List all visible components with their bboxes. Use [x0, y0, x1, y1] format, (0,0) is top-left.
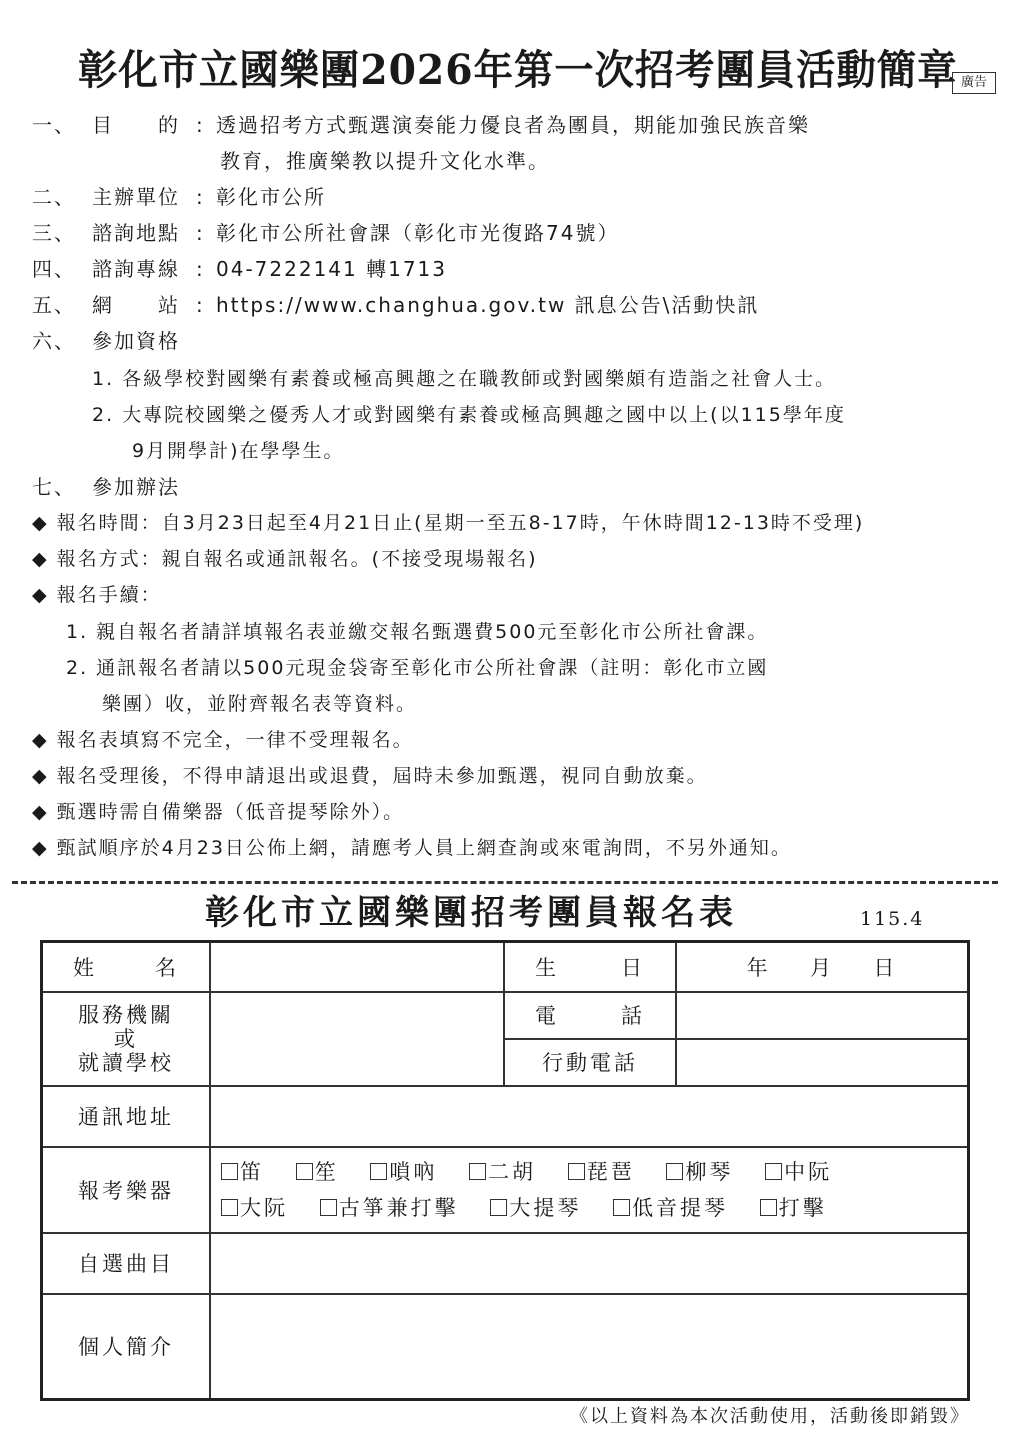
checkbox-icon — [613, 1199, 630, 1216]
page-title: 彰化市立國樂團2026年第一次招考團員活動簡章 — [78, 40, 923, 100]
ad-badge: 廣告 — [952, 72, 996, 94]
method-item: ◆ 報名受理後，不得申請退出或退費，屆時未參加甄選，視同自動放棄。 — [32, 761, 708, 791]
instrument-option[interactable]: 大阮 — [221, 1190, 288, 1226]
checkbox-icon — [221, 1163, 238, 1180]
mobile-field[interactable] — [676, 1039, 969, 1086]
checkbox-icon — [469, 1163, 486, 1180]
diamond-icon: ◆ — [32, 801, 57, 823]
checkbox-icon — [370, 1163, 387, 1180]
organization-label: 服務機關 或 就讀學校 — [42, 992, 211, 1086]
method-item: ◆ 報名時間：自3月23日起至4月21日止(星期一至五8-17時，午休時間12-… — [32, 508, 864, 538]
diamond-icon: ◆ — [32, 548, 57, 570]
checkbox-icon — [221, 1199, 238, 1216]
procedure-item: 1. 親自報名者請詳填報名表並繳交報名甄選費500元至彰化市公所社會課。 — [66, 617, 768, 647]
checkbox-icon — [666, 1163, 683, 1180]
birthday-label: 生日 — [504, 942, 676, 992]
checkbox-icon — [568, 1163, 585, 1180]
diamond-icon: ◆ — [32, 765, 57, 787]
website-link[interactable]: https://www.changhua.gov.tw 訊息公告\活動快訊 — [216, 290, 759, 320]
footer-note: 《以上資料為本次活動使用，活動後即銷毀》 — [520, 1402, 970, 1428]
bio-field[interactable] — [210, 1294, 969, 1400]
checkbox-icon — [490, 1199, 507, 1216]
piece-label: 自選曲目 — [42, 1233, 211, 1294]
birthday-field[interactable]: 年月日 — [676, 942, 969, 992]
instrument-option[interactable]: 中阮 — [765, 1154, 832, 1190]
name-field[interactable] — [210, 942, 504, 992]
instrument-option[interactable]: 大提琴 — [490, 1190, 581, 1226]
method-item: ◆ 甄選時需自備樂器（低音提琴除外）。 — [32, 797, 404, 827]
checkbox-icon — [765, 1163, 782, 1180]
instrument-option[interactable]: 嗩吶 — [370, 1154, 437, 1190]
checkbox-icon — [296, 1163, 313, 1180]
address-field[interactable] — [210, 1086, 969, 1147]
checkbox-icon — [320, 1199, 337, 1216]
instrument-option[interactable]: 低音提琴 — [613, 1190, 728, 1226]
checkbox-icon — [760, 1199, 777, 1216]
diamond-icon: ◆ — [32, 512, 57, 534]
instrument-option[interactable]: 打擊 — [760, 1190, 827, 1226]
phone-field[interactable] — [676, 992, 969, 1039]
instrument-option[interactable]: 古箏兼打擊 — [320, 1190, 459, 1226]
instrument-option[interactable]: 笙 — [296, 1154, 339, 1190]
instrument-option[interactable]: 二胡 — [469, 1154, 536, 1190]
registration-form: 姓名 生日 年月日 服務機關 或 就讀學校 電話 行動電話 通訊地址 報考樂器 — [40, 940, 970, 1401]
diamond-icon: ◆ — [32, 837, 57, 859]
form-version: 115.4 — [860, 908, 924, 930]
diamond-icon: ◆ — [32, 584, 57, 606]
address-label: 通訊地址 — [42, 1086, 211, 1147]
phone-label: 電話 — [504, 992, 676, 1039]
instrument-label: 報考樂器 — [42, 1147, 211, 1233]
cut-line-divider — [12, 881, 998, 884]
section-purpose-cont: 教育，推廣樂教以提升文化水準。 — [220, 146, 550, 176]
procedure-item: 2. 通訊報名者請以500元現金袋寄至彰化市公所社會課（註明：彰化市立國 — [66, 653, 768, 683]
method-item: ◆ 甄試順序於4月23日公佈上網，請應考人員上網查詢或來電詢問，不另外通知。 — [32, 833, 792, 863]
mobile-label: 行動電話 — [504, 1039, 676, 1086]
instrument-option[interactable]: 柳琴 — [666, 1154, 733, 1190]
method-item: ◆ 報名手續： — [32, 580, 162, 610]
instrument-option[interactable]: 琵琶 — [568, 1154, 635, 1190]
instrument-option[interactable]: 笛 — [221, 1154, 264, 1190]
piece-field[interactable] — [210, 1233, 969, 1294]
qualification-item: 1. 各級學校對國樂有素養或極高興趣之在職教師或對國樂頗有造詣之社會人士。 — [92, 364, 836, 394]
qualification-item: 2. 大專院校國樂之優秀人才或對國樂有素養或極高興趣之國中以上(以115學年度 — [92, 400, 846, 430]
form-title: 彰化市立國樂團招考團員報名表 — [205, 888, 825, 938]
name-label: 姓名 — [42, 942, 211, 992]
organization-field[interactable] — [210, 992, 504, 1086]
method-item: ◆ 報名方式：親自報名或通訊報名。(不接受現場報名) — [32, 544, 537, 574]
qualification-item-cont: 9月開學計)在學學生。 — [132, 436, 345, 466]
procedure-item-cont: 樂團）收，並附齊報名表等資料。 — [102, 689, 417, 719]
diamond-icon: ◆ — [32, 729, 57, 751]
bio-label: 個人簡介 — [42, 1294, 211, 1400]
instrument-options: 笛 笙 嗩吶 二胡 琵琶 柳琴 中阮 大阮 古箏兼打擊 大提琴 低音提琴 打擊 — [210, 1147, 969, 1233]
method-item: ◆ 報名表填寫不完全，一律不受理報名。 — [32, 725, 414, 755]
